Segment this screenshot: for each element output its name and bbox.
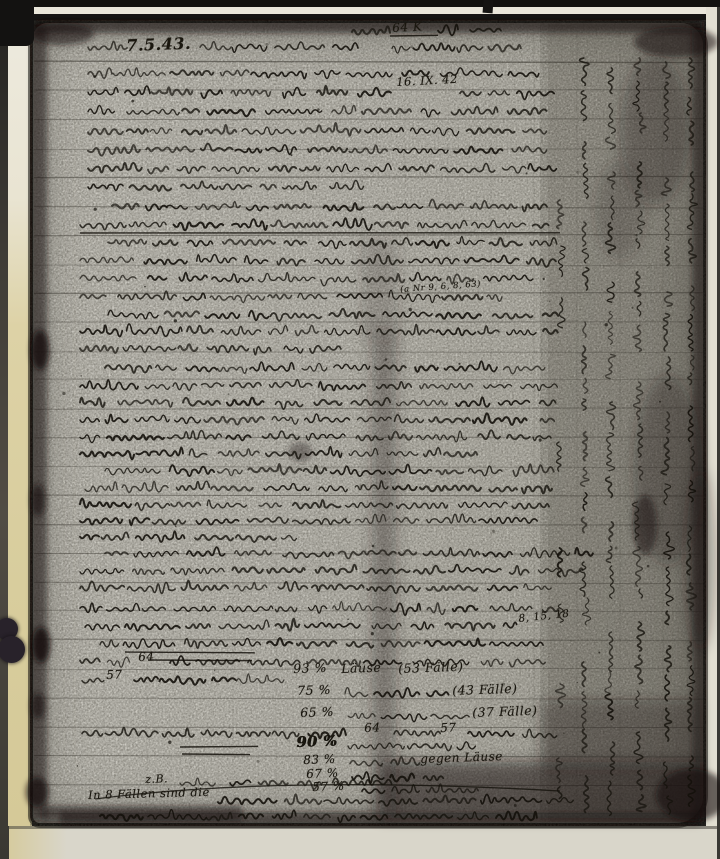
stat-value-7: 57 % xyxy=(312,780,345,793)
example-abbrev: z.B. xyxy=(145,773,168,785)
date-heading: 7.5.43. xyxy=(126,36,191,54)
top-margin-note: 64 K xyxy=(392,20,423,34)
scan-tick-mark xyxy=(483,0,494,13)
phrase-in-8-faellen: In 8 Fällen sind die xyxy=(88,787,210,802)
inline-64-b: 64 xyxy=(364,721,381,734)
inline-57-b: 57 xyxy=(440,721,457,734)
stat-cases-3: (37 Fälle) xyxy=(472,705,538,720)
scan-corner-black xyxy=(0,0,34,46)
stat-label-1: Läuse xyxy=(341,662,382,676)
handwriting-layer xyxy=(0,0,720,859)
stat-value-2: 75 % xyxy=(297,684,331,698)
stat-cases-2: (43 Fälle) xyxy=(452,683,518,698)
stat-label-5: gegen Läuse xyxy=(420,750,503,765)
stat-value-3: 65 % xyxy=(300,706,334,720)
stat-value-6: 67 % xyxy=(306,767,339,780)
inline-64-a: 64 xyxy=(138,650,155,663)
stat-value-5: 83 % xyxy=(303,753,336,766)
stat-cases-1: (53 Fälle) xyxy=(398,661,464,676)
stat-value-1: 93 % xyxy=(293,662,327,676)
stat-value-4: 90 % xyxy=(296,735,337,751)
scanned-document: 7.5.43. 64 K 16. IX. 42 (a Nr 9, 6, 8, 6… xyxy=(0,0,720,859)
inline-57-a: 57 xyxy=(106,668,123,681)
